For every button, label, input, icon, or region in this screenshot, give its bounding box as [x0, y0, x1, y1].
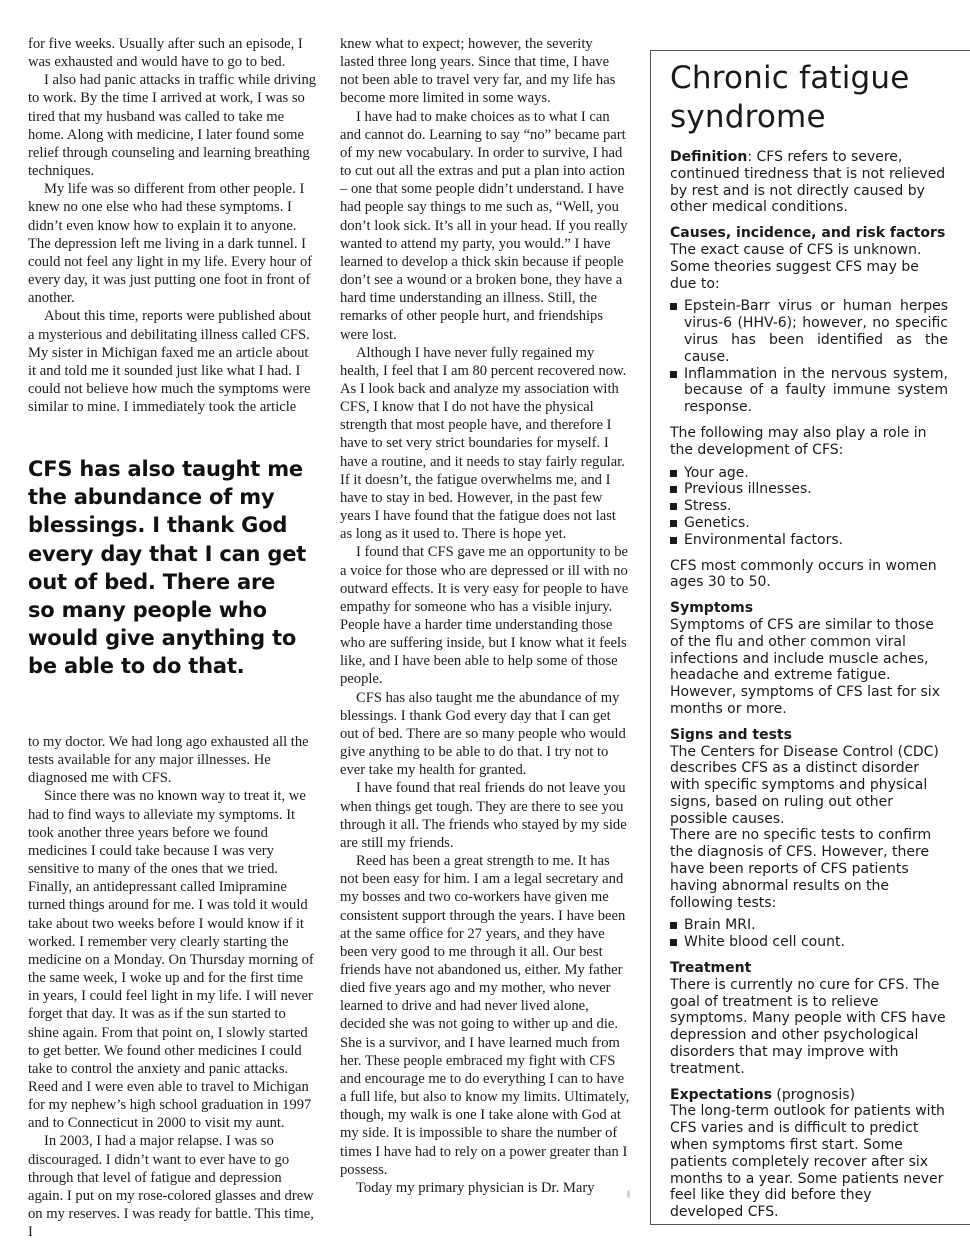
treatment-text: There is currently no cure for CFS. The …: [670, 977, 948, 1078]
square-bullet-icon: [670, 371, 677, 378]
paragraph: Since there was no known way to treat it…: [28, 787, 318, 1132]
square-bullet-icon: [670, 520, 677, 527]
expectations-heading: Expectations: [670, 1087, 772, 1103]
article-column-1-top: for five weeks. Usually after such an ep…: [28, 35, 318, 416]
article-column-1-bottom: to my doctor. We had long ago exhausted …: [28, 733, 318, 1241]
expectations-text: The long-term outlook for patients with …: [670, 1103, 948, 1221]
paragraph: CFS has also taught me the abundance of …: [340, 689, 630, 780]
also-intro: The following may also play a role in th…: [670, 425, 948, 459]
paragraph: I found that CFS gave me an opportunity …: [340, 543, 630, 688]
signs-text-1: The Centers for Disease Control (CDC) de…: [670, 744, 948, 828]
paragraph: I have had to make choices as to what I …: [340, 108, 630, 344]
square-bullet-icon: [670, 470, 677, 477]
list-item: Brain MRI.: [670, 917, 948, 934]
paragraph: Reed has been a great strength to me. It…: [340, 852, 630, 1179]
list-item: Epstein-Barr virus or human herpes virus…: [670, 298, 948, 365]
signs-text-2: There are no specific tests to confirm t…: [670, 827, 948, 911]
square-bullet-icon: [670, 503, 677, 510]
paragraph: for five weeks. Usually after such an ep…: [28, 35, 318, 71]
list-item: Previous illnesses.: [670, 481, 948, 498]
list-item: Environmental factors.: [670, 532, 948, 549]
paragraph: About this time, reports were published …: [28, 307, 318, 416]
treatment-section: Treatment There is currently no cure for…: [670, 960, 948, 1078]
causes-heading: Causes, incidence, and risk factors: [670, 225, 948, 242]
paragraph: I have found that real friends do not le…: [340, 779, 630, 852]
symptoms-section: Symptoms Symptoms of CFS are similar to …: [670, 600, 948, 718]
factors-list: Your age. Previous illnesses. Stress. Ge…: [670, 465, 948, 549]
symptoms-text: Symptoms of CFS are similar to those of …: [670, 617, 948, 718]
paragraph: In 2003, I had a major relapse. I was so…: [28, 1132, 318, 1241]
paragraph: to my doctor. We had long ago exhausted …: [28, 733, 318, 787]
cfs-info-sidebar: Chronic fatigue syndrome Definition: CFS…: [650, 50, 970, 1225]
list-item: Your age.: [670, 465, 948, 482]
paragraph: I also had panic attacks in traffic whil…: [28, 71, 318, 180]
square-bullet-icon: [670, 303, 677, 310]
pull-quote: CFS has also taught me the abundance of …: [28, 455, 308, 681]
paragraph: knew what to expect; however, the severi…: [340, 35, 630, 108]
causes-list: Epstein-Barr virus or human herpes virus…: [670, 298, 948, 416]
signs-section: Signs and tests The Centers for Disease …: [670, 727, 948, 912]
list-item: White blood cell count.: [670, 934, 948, 951]
square-bullet-icon: [670, 537, 677, 544]
signs-heading: Signs and tests: [670, 727, 948, 744]
paragraph: Today my primary physician is Dr. Mary: [340, 1179, 630, 1197]
paragraph: My life was so different from other peop…: [28, 180, 318, 307]
causes-intro: The exact cause of CFS is unknown. Some …: [670, 242, 948, 292]
incidence-text: CFS most commonly occurs in women ages 3…: [670, 558, 948, 592]
square-bullet-icon: [670, 922, 677, 929]
list-item: Genetics.: [670, 515, 948, 532]
square-bullet-icon: [670, 486, 677, 493]
definition-heading: Definition: [670, 149, 747, 165]
causes-section: Causes, incidence, and risk factors The …: [670, 225, 948, 292]
treatment-heading: Treatment: [670, 960, 948, 977]
scan-speck: [627, 1190, 630, 1198]
sidebar-title: Chronic fatigue syndrome: [670, 59, 948, 137]
expectations-heading-suffix: (prognosis): [772, 1087, 855, 1103]
scan-speck: [437, 42, 440, 45]
definition-section: Definition: CFS refers to severe, contin…: [670, 149, 948, 216]
article-column-2: knew what to expect; however, the severi…: [340, 35, 630, 1197]
square-bullet-icon: [670, 939, 677, 946]
tests-list: Brain MRI. White blood cell count.: [670, 917, 948, 951]
symptoms-heading: Symptoms: [670, 600, 948, 617]
paragraph: Although I have never fully regained my …: [340, 344, 630, 544]
expectations-section: Expectations (prognosis) The long-term o…: [670, 1087, 948, 1221]
list-item: Stress.: [670, 498, 948, 515]
list-item: Inflammation in the nervous system, beca…: [670, 366, 948, 416]
